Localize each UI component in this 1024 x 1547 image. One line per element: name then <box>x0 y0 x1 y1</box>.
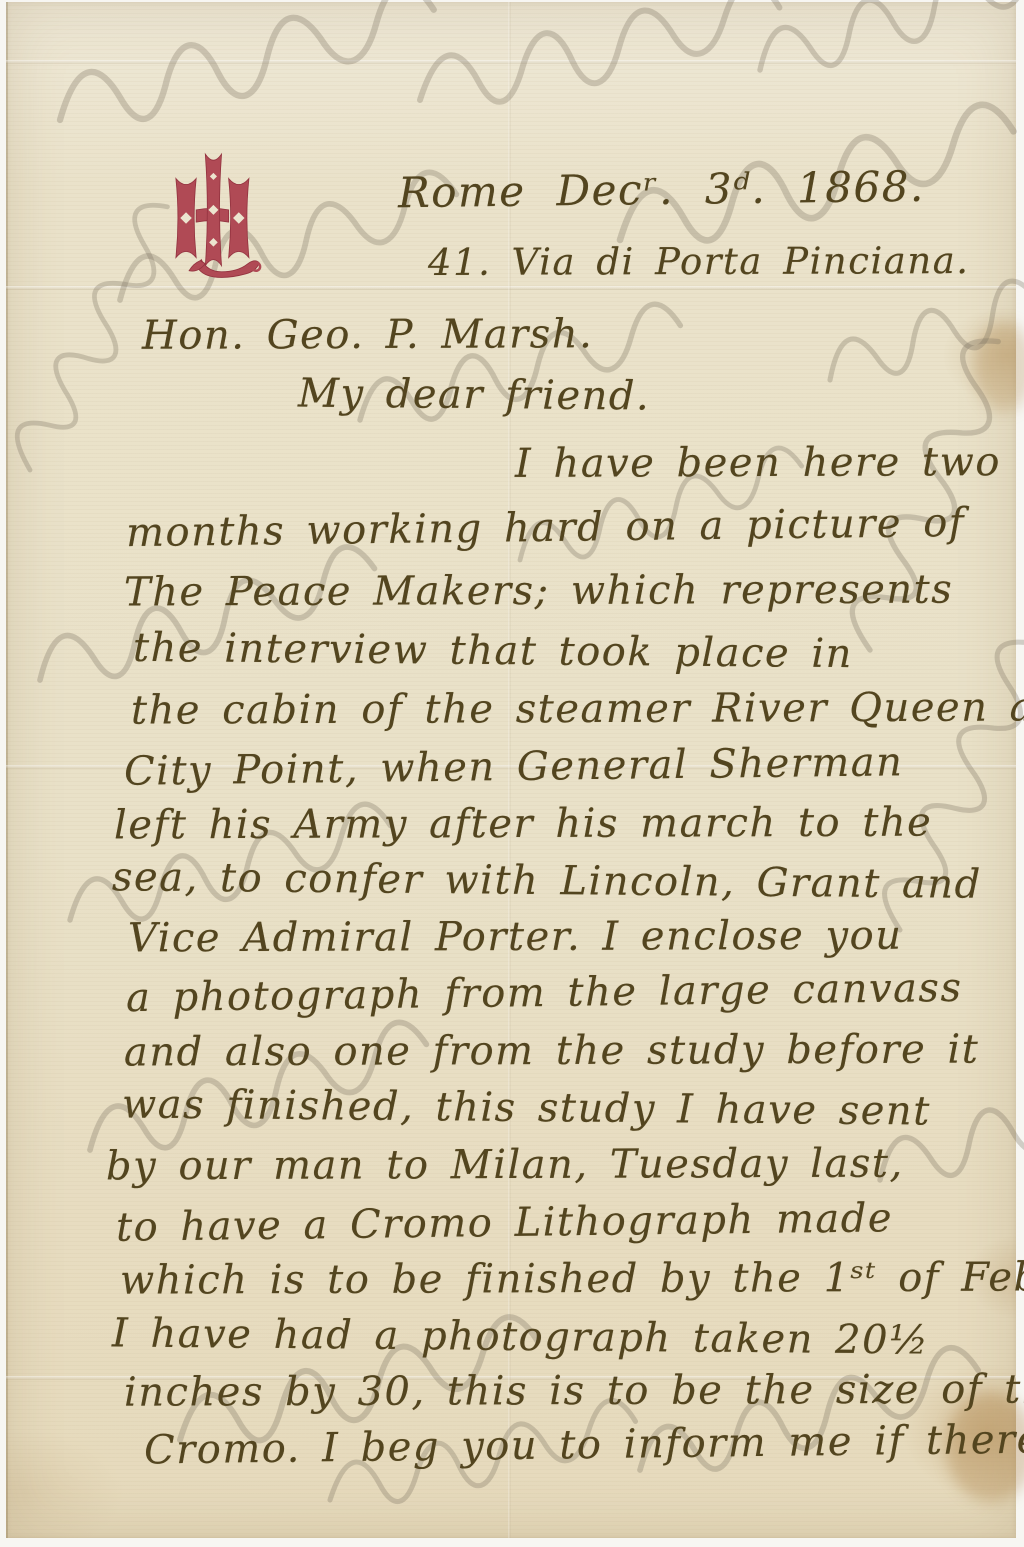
dateline: Rome Decʳ. 3ᵈ. 1868. <box>398 162 925 217</box>
body-line-14: to have a Cromo Lithograph made <box>116 1195 894 1250</box>
body-line-13: by our man to Milan, Tuesday last, <box>106 1141 904 1190</box>
paper-stain <box>974 322 1024 412</box>
body-line-11: and also one from the study before it <box>124 1027 979 1076</box>
body-line-4: the interview that took place in <box>133 625 853 677</box>
fold-crease <box>6 286 1016 290</box>
body-line-15: which is to be finished by the 1ˢᵗ of Fe… <box>120 1254 1024 1303</box>
body-line-12: was finished, this study I have sent <box>122 1081 931 1134</box>
recipient-line: Hon. Geo. P. Marsh. <box>142 311 593 359</box>
body-line-17: inches by 30, this is to be the size of … <box>124 1366 1024 1415</box>
body-line-5: the cabin of the steamer River Queen at <box>131 684 1024 733</box>
address-line: 41. Via di Porta Pinciana. <box>428 239 970 284</box>
fold-crease <box>6 60 1016 64</box>
body-line-8: sea, to confer with Lincoln, Grant and <box>112 854 982 908</box>
body-line-3: The Peace Makers; which represents <box>124 567 953 616</box>
body-line-1: I have been here two <box>515 439 1001 487</box>
body-line-7: left his Army after his march to the <box>114 800 932 849</box>
hl-monogram-icon <box>170 146 268 288</box>
body-line-9: Vice Admiral Porter. I enclose you <box>128 913 903 962</box>
body-line-6: City Point, when General Sherman <box>124 739 904 795</box>
paper-left-edge <box>6 2 8 1538</box>
salutation-line: My dear friend. <box>298 370 651 419</box>
body-line-16: I have had a photograph taken 20½ <box>112 1310 930 1363</box>
